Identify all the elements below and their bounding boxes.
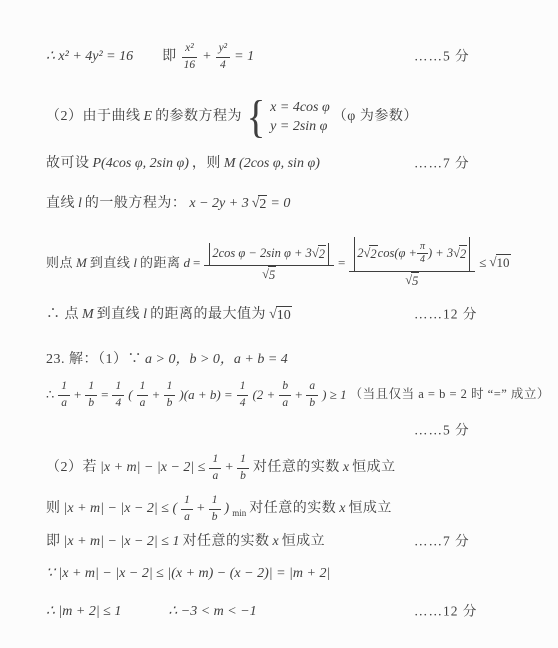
point-M: M (2cos φ, sin φ) xyxy=(224,155,320,173)
fraction-x2-over-16: x² 16 xyxy=(181,41,199,73)
given-conditions: a > 0，b > 0，a + b = 4 xyxy=(145,351,288,369)
therefore-sign: ∴ xyxy=(46,387,54,403)
numerator: x² xyxy=(182,41,197,58)
solution-line-ellipse-equation: ∴ x² + 4y² = 16 即 x² 16 + y² 4 = 1 ……5 分 xyxy=(0,36,558,78)
numerator: 1 xyxy=(237,379,249,396)
abs-expression: 2cos φ − 2sin φ + 3 xyxy=(212,245,311,262)
radicand: 5 xyxy=(411,272,419,290)
numerator: 1 xyxy=(164,379,176,396)
numerator: a xyxy=(306,379,318,396)
sqrt-2: √2 xyxy=(252,195,268,214)
cn-part2-if: （2）若 xyxy=(46,459,97,477)
numerator: 1 xyxy=(85,379,97,396)
cn-phi-parameter-note: （φ 为参数） xyxy=(333,108,418,126)
close-paren: ) xyxy=(225,500,230,518)
cn-namely: 即 xyxy=(162,48,177,66)
denominator: 4 xyxy=(417,254,428,266)
cn-line: 直线 xyxy=(46,195,75,213)
cn-then: ，则 xyxy=(192,155,221,173)
cn-for-all-real: 对任意的实数 xyxy=(182,533,269,551)
line-l: l xyxy=(78,195,82,213)
sqrt-2: √2 xyxy=(312,245,326,263)
denominator: b xyxy=(85,396,97,412)
denominator: 4 xyxy=(237,396,249,412)
param-eq-x: x = 4cos φ xyxy=(270,99,330,117)
radicand: 2 xyxy=(318,245,326,263)
cn-equality-condition: （当且仅当 a = b = 2 时 “=” 成立） xyxy=(350,387,550,403)
numerator: 2 √2 cos(φ + π 4 ) + 3 √2 xyxy=(349,237,475,272)
cn-part2-intro: （2）由于曲线 xyxy=(46,108,141,126)
radicand: 10 xyxy=(276,306,292,325)
numerator: 1 xyxy=(209,493,221,510)
numerator: 1 xyxy=(112,379,124,396)
var-d: d xyxy=(184,255,191,271)
cn-holds: 恒成立 xyxy=(348,500,392,518)
solution-line-points-PM: 故可设 P(4cos φ, 2sin φ) ，则 M (2cos φ, sin … xyxy=(0,150,558,178)
fraction-1-over-4: 1 4 xyxy=(237,379,249,411)
line-equation: x − 2y + 3 xyxy=(189,195,248,213)
abs-bar xyxy=(209,243,210,265)
radical-sign: √ xyxy=(252,195,259,213)
denominator: √5 xyxy=(402,272,422,290)
denominator: b xyxy=(164,396,176,412)
radicand: 2 xyxy=(258,195,267,214)
plus-operator: + xyxy=(74,387,81,403)
cn-therefore-point: ∴ 点 xyxy=(46,306,79,324)
geq-one: ) ≥ 1 xyxy=(322,387,346,403)
solution-line-part2-condition: （2）若 |x + m| − |x − 2| ≤ 1 a + 1 b 对任意的实… xyxy=(0,446,558,490)
abs-inequality: |x + m| − |x − 2| ≤ xyxy=(100,459,205,477)
score-7-marks: ……7 分 xyxy=(414,534,470,551)
open-paren: ( xyxy=(128,387,132,403)
fraction-1-over-b: 1 b xyxy=(209,493,221,525)
abs-bar xyxy=(354,237,355,271)
close-plus-3: ) + 3 xyxy=(428,245,453,262)
point-P: P(4cos φ, 2sin φ) xyxy=(93,155,189,173)
cn-max-value: 的距离的最大值为 xyxy=(150,306,266,324)
numerator: 1 xyxy=(237,452,249,469)
abs-leq-one: |x + m| − |x − 2| ≤ 1 xyxy=(64,533,180,551)
distance-fraction-2: 2 √2 cos(φ + π 4 ) + 3 √2 √5 xyxy=(349,237,475,290)
line-l: l xyxy=(143,306,147,324)
cn-for-all-real: 对任意的实数 xyxy=(253,459,340,477)
denominator: a xyxy=(58,396,70,412)
fraction-b-over-a: b a xyxy=(279,379,291,411)
equals: = xyxy=(338,255,345,271)
solution-line-line-equation: 直线 l 的一般方程为： x − 2y + 3 √2 = 0 xyxy=(0,189,558,219)
var-x: x xyxy=(343,459,349,477)
ellipse-equation: ∴ x² + 4y² = 16 xyxy=(46,48,133,66)
fraction-pi-over-4: π 4 xyxy=(417,241,428,266)
param-eq-y: y = 2sin φ xyxy=(270,118,327,136)
times-a-plus-b: )(a + b) = xyxy=(179,387,232,403)
cn-namely: 即 xyxy=(46,533,61,551)
open-2-plus: (2 + xyxy=(252,387,275,403)
denominator: b xyxy=(237,469,249,485)
score-12-marks: ……12 分 xyxy=(414,604,477,621)
cn-parametric-label: 的参数方程为 xyxy=(155,108,242,126)
numerator: 2cos φ − 2sin φ + 3 √2 xyxy=(204,243,334,266)
plus-operator: + xyxy=(197,500,205,518)
plus-operator: + xyxy=(152,387,159,403)
solution-line-triangle-inequality: ∵ |x + m| − |x − 2| ≤ |(x + m) − (x − 2)… xyxy=(0,558,558,590)
sqrt-2: √2 xyxy=(364,245,378,263)
fraction-1-over-b: 1 b xyxy=(164,379,176,411)
equals-one: = 1 xyxy=(234,48,254,66)
solution-line-score-only: ……5 分 xyxy=(0,418,558,444)
sqrt-5: √5 xyxy=(262,266,276,284)
denominator: a xyxy=(137,396,149,412)
q23-header: 23. 解：（1）∵ xyxy=(46,351,142,369)
cn-then-point: 则点 xyxy=(46,255,73,271)
denominator: a xyxy=(209,469,221,485)
plus-operator: + xyxy=(202,48,211,66)
curve-E: E xyxy=(144,108,153,126)
cn-for-all-real: 对任意的实数 xyxy=(249,500,336,518)
denominator: a xyxy=(279,396,291,412)
sqrt-10: √10 xyxy=(489,254,510,271)
cn-holds: 恒成立 xyxy=(352,459,396,477)
cn-then: 则 xyxy=(46,500,61,518)
denominator: 4 xyxy=(112,396,124,412)
solution-line-min-condition: 则 |x + m| − |x − 2| ≤ ( 1 a + 1 b ) min … xyxy=(0,487,558,531)
solution-line-distance: 则点 M 到直线 l 的距离 d = 2cos φ − 2sin φ + 3 √… xyxy=(0,224,558,302)
solution-line-q23-start: 23. 解：（1）∵ a > 0，b > 0，a + b = 4 xyxy=(0,347,558,373)
cn-to-line: 到直线 xyxy=(90,255,131,271)
solution-line-parametric: （2）由于曲线 E 的参数方程为 { x = 4cos φ y = 2sin φ… xyxy=(0,88,558,146)
numerator: 1 xyxy=(137,379,149,396)
score-12-marks: ……12 分 xyxy=(414,307,477,324)
fraction-1-over-4: 1 4 xyxy=(112,379,124,411)
fraction-1-over-a: 1 a xyxy=(181,493,193,525)
denominator: a xyxy=(181,510,193,526)
var-x: x xyxy=(272,533,278,551)
radicand: 5 xyxy=(268,266,276,284)
denominator: b xyxy=(306,396,318,412)
system-brace: { xyxy=(247,96,266,137)
numerator: 1 xyxy=(209,452,221,469)
fraction-1-over-b: 1 b xyxy=(85,379,97,411)
cn-let: 故可设 xyxy=(46,155,90,173)
cn-general-equation: 的一般方程为： xyxy=(85,195,187,213)
abs-inequality-open: |x + m| − |x − 2| ≤ ( xyxy=(64,500,178,518)
sqrt-5: √5 xyxy=(405,272,419,290)
radicand: 10 xyxy=(496,254,511,271)
fraction-a-over-b: a b xyxy=(306,379,318,411)
fraction-1-over-a: 1 a xyxy=(137,379,149,411)
numerator: π xyxy=(417,241,428,254)
abs-bar xyxy=(469,237,470,271)
scanned-solution-page: { "colors": {"bg": "#fcfcfc", "ink": "#3… xyxy=(0,0,558,648)
fraction-1-over-a: 1 a xyxy=(58,379,70,411)
cn-to-line: 到直线 xyxy=(97,306,141,324)
solution-line-leq-1: 即 |x + m| − |x − 2| ≤ 1 对任意的实数 x 恒成立 ……7… xyxy=(0,528,558,556)
cn-holds: 恒成立 xyxy=(282,533,326,551)
solution-line-final-answer: ∴ |m + 2| ≤ 1 ∴ −3 < m < −1 ……12 分 xyxy=(0,596,558,628)
cn-distance: 的距离 xyxy=(140,255,181,271)
m-range-answer: ∴ −3 < m < −1 xyxy=(168,603,256,621)
equals: = xyxy=(193,255,200,271)
denominator: b xyxy=(209,510,221,526)
point-M: M xyxy=(82,306,94,324)
denominator: 16 xyxy=(181,58,199,74)
less-equal: ≤ xyxy=(479,255,486,271)
denominator: 4 xyxy=(217,58,229,74)
score-5-marks: ……5 分 xyxy=(414,49,470,66)
min-subscript: min xyxy=(232,508,246,519)
sqrt-2: √2 xyxy=(453,245,467,263)
fraction-1-over-a: 1 a xyxy=(209,452,221,484)
radicand: 2 xyxy=(369,245,377,263)
numerator: y² xyxy=(216,41,231,58)
solution-line-max-distance: ∴ 点 M 到直线 l 的距离的最大值为 √10 ……12 分 xyxy=(0,300,558,330)
fraction-1-over-b: 1 b xyxy=(237,452,249,484)
plus-operator: + xyxy=(225,459,233,477)
score-7-marks: ……7 分 xyxy=(414,156,470,173)
numerator: 1 xyxy=(58,379,70,396)
var-x: x xyxy=(339,500,345,518)
distance-fraction-1: 2cos φ − 2sin φ + 3 √2 √5 xyxy=(204,243,334,284)
abs-m-plus-2: ∴ |m + 2| ≤ 1 xyxy=(46,603,121,621)
sqrt-10: √10 xyxy=(269,306,292,325)
line-l: l xyxy=(133,255,137,271)
numerator: 1 xyxy=(181,493,193,510)
point-M: M xyxy=(76,255,87,271)
radical-sign: √ xyxy=(269,306,276,324)
denominator: √5 xyxy=(259,266,279,284)
abs-bar xyxy=(328,243,329,265)
plus-operator: + xyxy=(295,387,302,403)
score-5-marks: ……5 分 xyxy=(414,423,470,440)
equals-zero: = 0 xyxy=(270,195,290,213)
radicand: 2 xyxy=(459,245,467,263)
fraction-y2-over-4: y² 4 xyxy=(216,41,231,73)
solution-line-amgm: ∴ 1 a + 1 b = 1 4 ( 1 a + 1 b )(a + b) =… xyxy=(0,373,558,417)
equals: = xyxy=(101,387,108,403)
parametric-equations: x = 4cos φ y = 2sin φ xyxy=(270,99,330,136)
numerator: b xyxy=(279,379,291,396)
cos-open: cos(φ + xyxy=(378,245,417,262)
triangle-inequality: ∵ |x + m| − |x − 2| ≤ |(x + m) − (x − 2)… xyxy=(46,565,330,583)
